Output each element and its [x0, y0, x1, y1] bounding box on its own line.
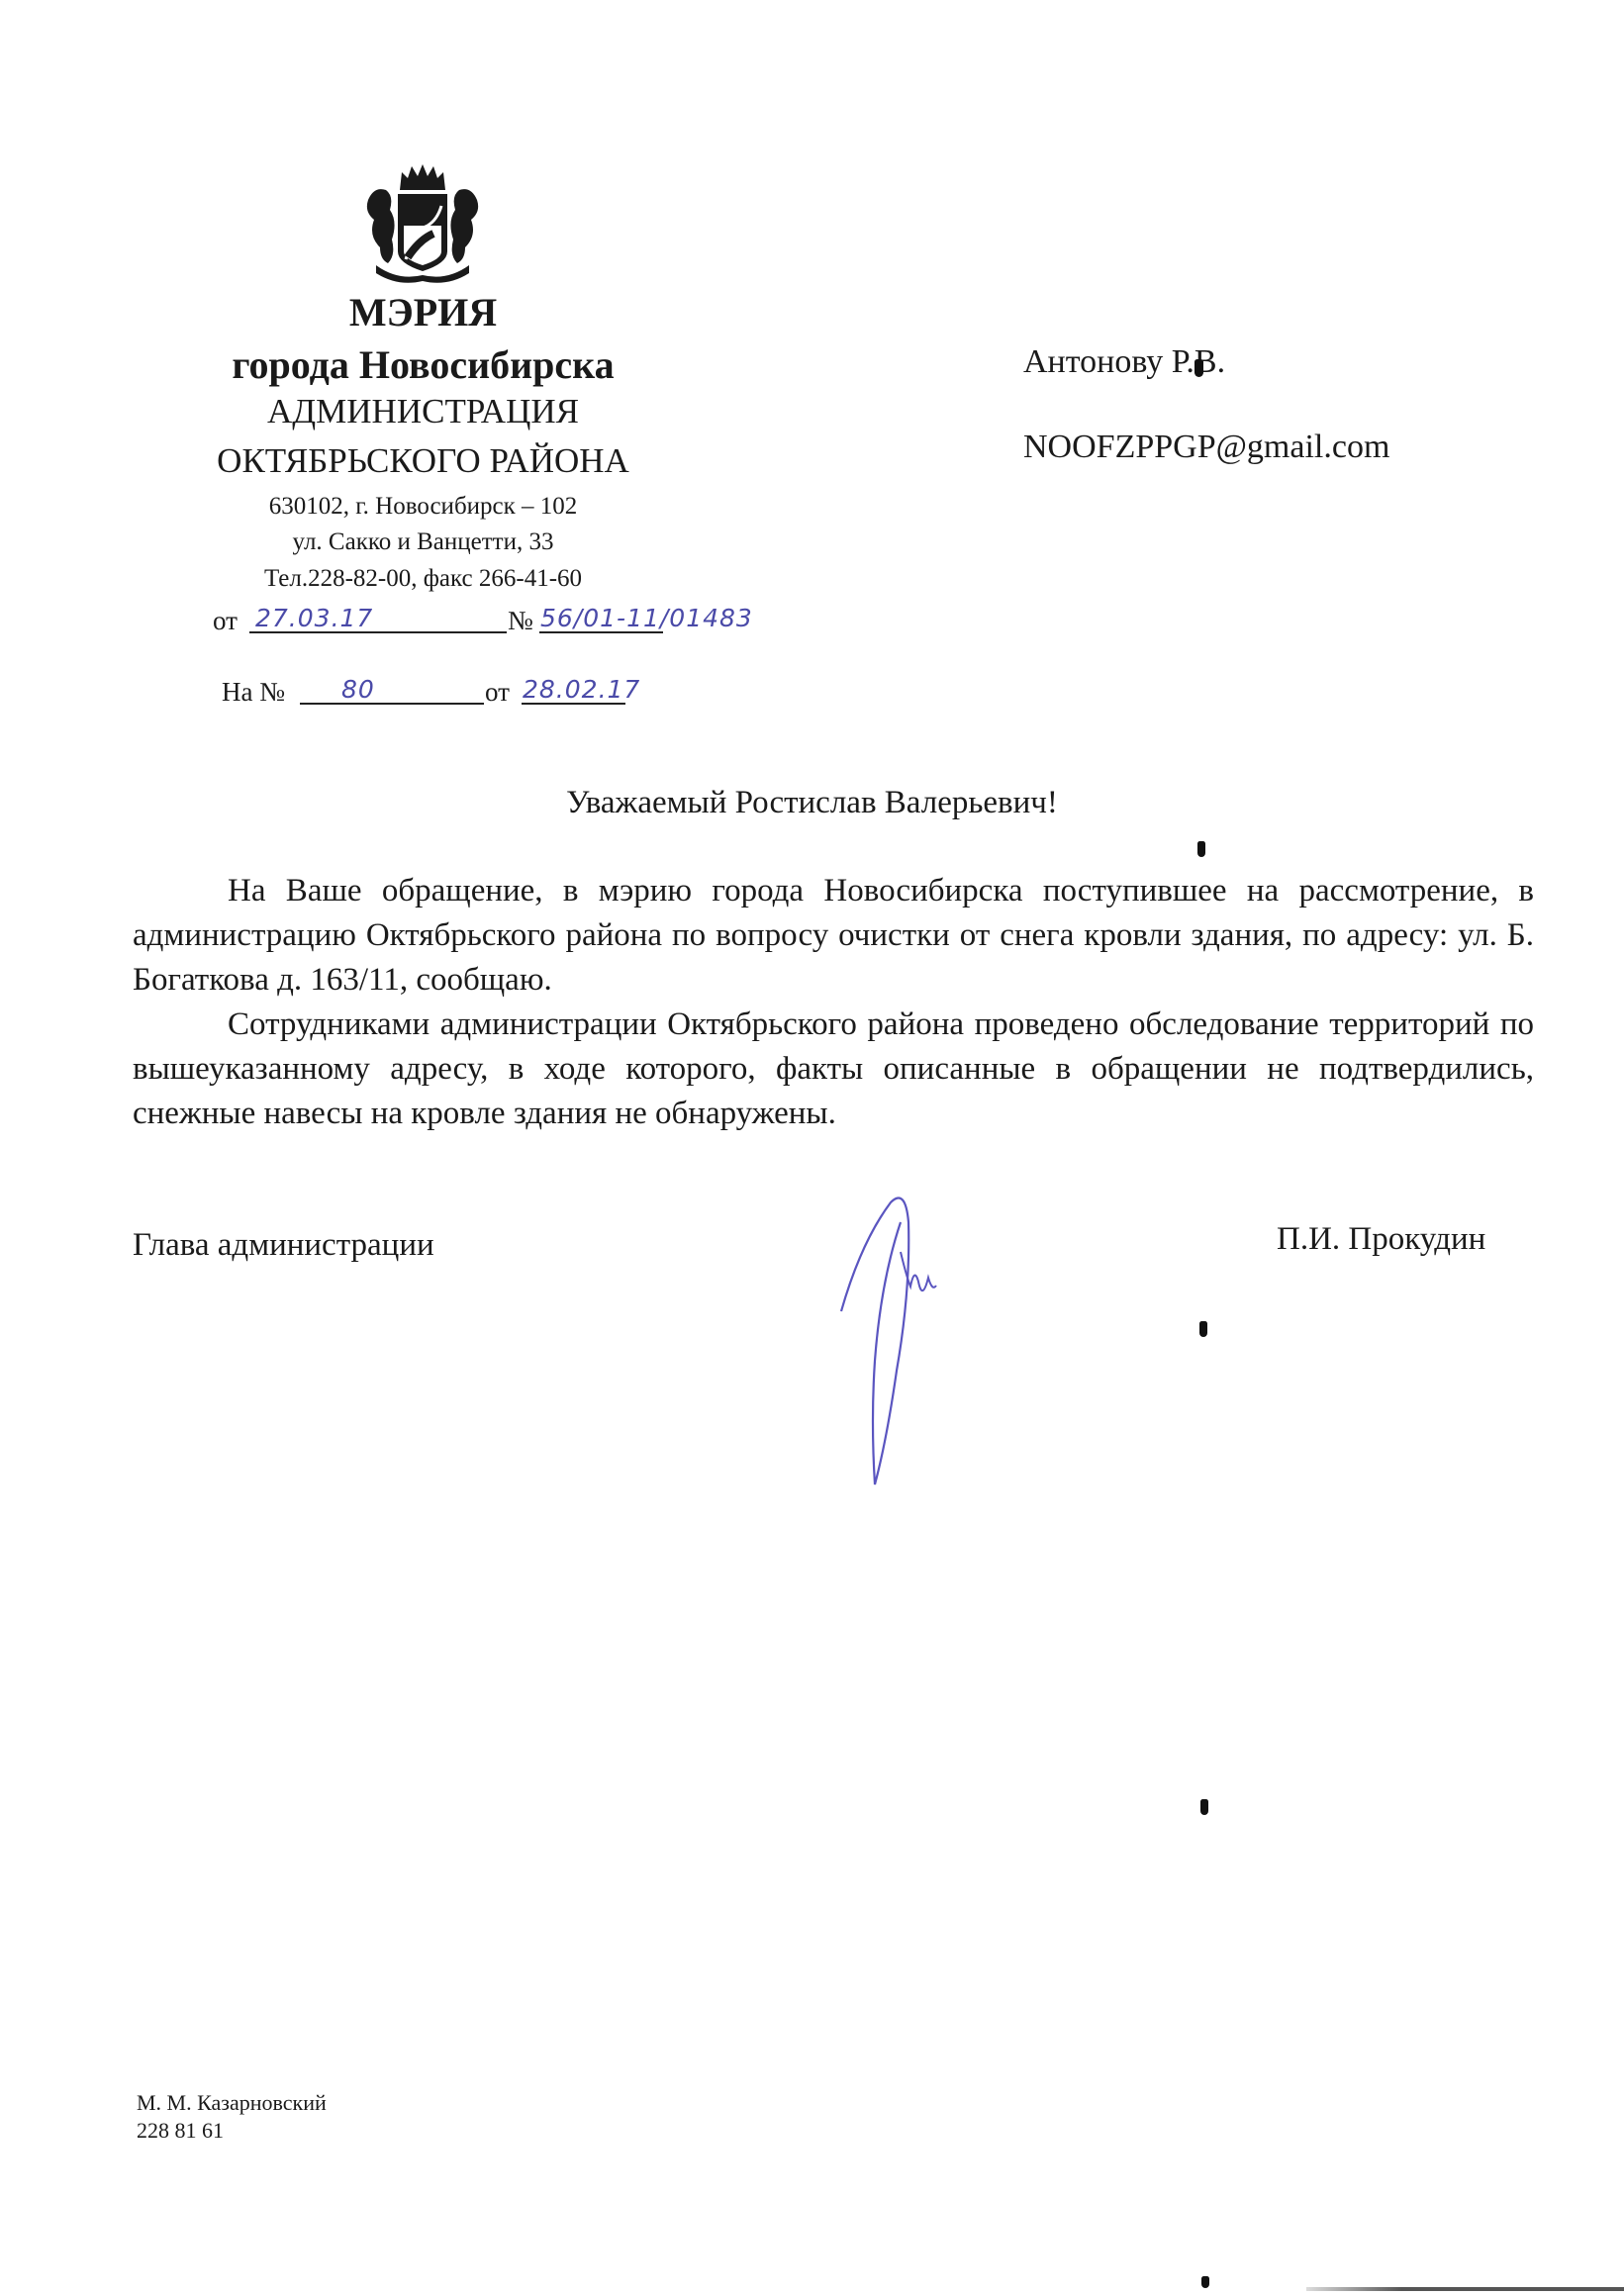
incoming-number-value: 80	[341, 675, 375, 704]
coat-of-arms-icon	[358, 160, 487, 289]
punch-hole-mark	[1199, 1321, 1207, 1337]
outgoing-number-value: 56/01-11/01483	[540, 604, 753, 632]
salutation: Уважаемый Ростислав Валерьевич!	[0, 785, 1624, 821]
outgoing-number-label: №	[508, 606, 533, 636]
outgoing-date-value: 27.03.17	[255, 604, 373, 632]
punch-hole-mark	[1200, 1799, 1208, 1815]
org-phone: Тел.228-82-00, факс 266-41-60	[148, 565, 698, 593]
punch-hole-mark	[1194, 359, 1203, 377]
body-paragraph: На Ваше обращение, в мэрию города Новоси…	[133, 869, 1534, 1003]
incoming-number-label: На №	[222, 677, 285, 708]
org-name-city: города Новосибирска	[148, 341, 698, 388]
incoming-reference: На № 80 от 28.02.17	[0, 673, 792, 713]
incoming-number-line	[300, 673, 484, 705]
executor-name: М. М. Казарновский	[137, 2090, 327, 2116]
letter-body: На Ваше обращение, в мэрию города Новоси…	[133, 869, 1534, 1136]
outgoing-date-label: от	[213, 606, 238, 636]
body-paragraph: Сотрудниками администрации Октябрьского …	[133, 1003, 1534, 1136]
incoming-date-label: от	[485, 677, 510, 708]
org-name-district: ОКТЯБРЬСКОГО РАЙОНА	[148, 441, 698, 481]
handwritten-signature-icon	[831, 1183, 990, 1489]
org-address-line2: ул. Сакко и Ванцетти, 33	[148, 528, 698, 556]
punch-hole-mark	[1197, 841, 1205, 857]
signatory-name: П.И. Прокудин	[1277, 1221, 1485, 1258]
org-name-administration: АДМИНИСТРАЦИЯ	[148, 392, 698, 431]
scan-edge-shadow	[1306, 2287, 1624, 2291]
addressee-email: NOOFZPPGP@gmail.com	[1023, 429, 1389, 466]
incoming-date-value: 28.02.17	[523, 675, 640, 704]
punch-hole-mark	[1201, 2276, 1209, 2288]
executor-phone: 228 81 61	[137, 2118, 224, 2144]
outgoing-registration: от 27.03.17 № 56/01-11/01483	[0, 602, 792, 641]
org-address-line1: 630102, г. Новосибирск – 102	[148, 493, 698, 521]
org-name-mayoralty: МЭРИЯ	[148, 289, 698, 335]
signatory-title: Глава администрации	[133, 1227, 434, 1264]
